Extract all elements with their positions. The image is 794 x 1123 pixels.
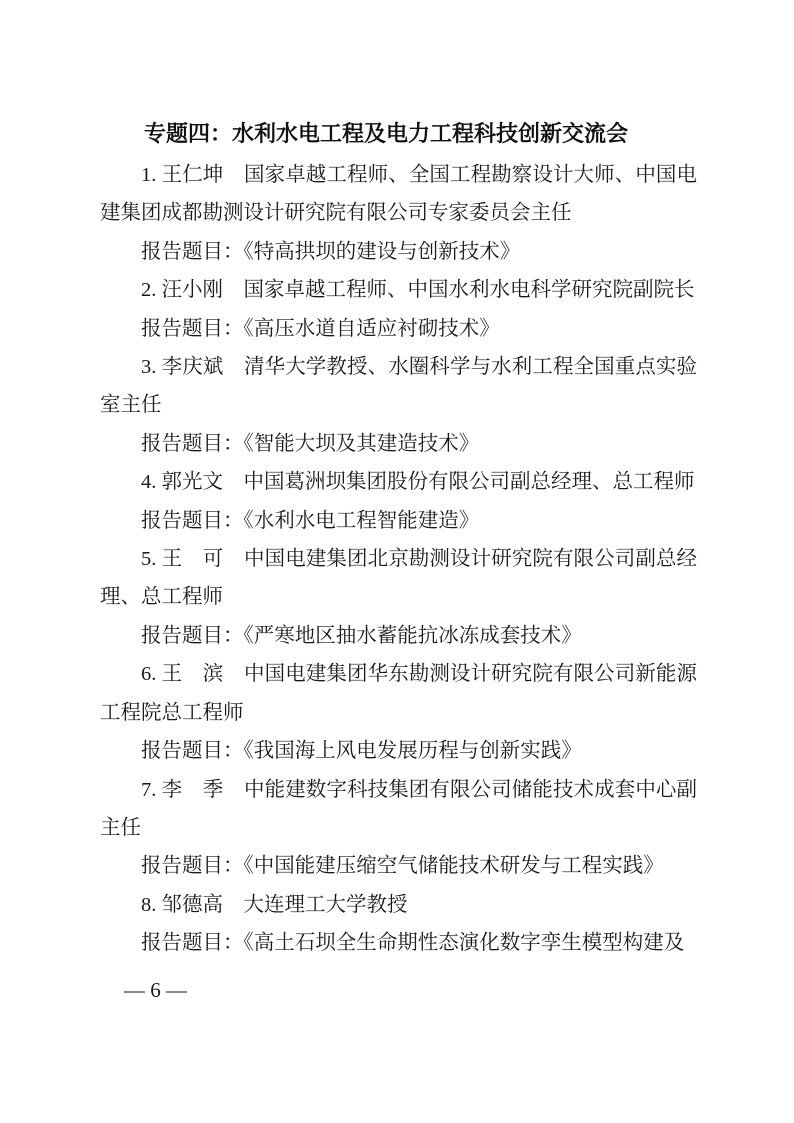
report-label: 报告题目：	[141, 740, 244, 762]
speaker-entry: 7. 李 季 中能建数字科技集团有限公司储能技术成套中心副主任 报告题目：《中国…	[100, 771, 697, 886]
speaker-entry: 3. 李庆斌 清华大学教授、水圈科学与水利工程全国重点实验室主任 报告题目：《智…	[100, 348, 697, 463]
speaker-number: 3.	[141, 356, 156, 378]
report-label: 报告题目：	[141, 318, 244, 340]
speaker-name: 李庆斌	[162, 356, 224, 378]
speaker-line: 6. 王 滨 中国电建集团华东勘测设计研究院有限公司新能源工程院总工程师	[100, 655, 697, 732]
name-affiliation-gap	[223, 164, 244, 186]
speaker-line: 8. 邹德高 大连理工大学教授	[100, 886, 697, 924]
speaker-number: 6.	[141, 663, 156, 685]
speaker-name: 李 季	[162, 779, 224, 801]
speaker-name: 郭光文	[162, 471, 224, 493]
speaker-list: 1. 王仁坤 国家卓越工程师、全国工程勘察设计大师、中国电建集团成都勘测设计研究…	[100, 156, 697, 963]
speaker-affiliation: 大连理工大学教授	[244, 894, 408, 916]
speaker-affiliation: 中国葛洲坝集团股份有限公司副总经理、总工程师	[244, 471, 695, 493]
speaker-name: 汪小刚	[162, 279, 224, 301]
session-title: 专题四：水利水电工程及电力工程科技创新交流会	[100, 112, 697, 156]
name-affiliation-gap	[223, 279, 244, 301]
speaker-affiliation: 国家卓越工程师、中国水利水电科学研究院副院长	[244, 279, 695, 301]
speaker-number: 4.	[141, 471, 156, 493]
speaker-entry: 1. 王仁坤 国家卓越工程师、全国工程勘察设计大师、中国电建集团成都勘测设计研究…	[100, 156, 697, 271]
report-line: 报告题目：《我国海上风电发展历程与创新实践》	[100, 732, 697, 770]
speaker-line: 1. 王仁坤 国家卓越工程师、全国工程勘察设计大师、中国电建集团成都勘测设计研究…	[100, 156, 697, 233]
speaker-number: 1.	[141, 164, 156, 186]
name-affiliation-gap	[223, 779, 244, 801]
report-line: 报告题目：《高压水道自适应衬砌技术》	[100, 310, 697, 348]
report-label: 报告题目：	[141, 625, 244, 647]
report-label: 报告题目：	[141, 433, 244, 455]
name-affiliation-gap	[223, 356, 244, 378]
report-line: 报告题目：《严寒地区抽水蓄能抗冰冻成套技术》	[100, 617, 697, 655]
speaker-entry: 6. 王 滨 中国电建集团华东勘测设计研究院有限公司新能源工程院总工程师 报告题…	[100, 655, 697, 770]
report-line: 报告题目：《中国能建压缩空气储能技术研发与工程实践》	[100, 847, 697, 885]
report-line: 报告题目：《特高拱坝的建设与创新技术》	[100, 233, 697, 271]
speaker-line: 7. 李 季 中能建数字科技集团有限公司储能技术成套中心副主任	[100, 771, 697, 848]
report-label: 报告题目：	[141, 855, 244, 877]
speaker-line: 4. 郭光文 中国葛洲坝集团股份有限公司副总经理、总工程师	[100, 463, 697, 501]
report-title: 《高压水道自适应衬砌技术》	[244, 318, 500, 340]
speaker-line: 3. 李庆斌 清华大学教授、水圈科学与水利工程全国重点实验室主任	[100, 348, 697, 425]
document-page: 专题四：水利水电工程及电力工程科技创新交流会 1. 王仁坤 国家卓越工程师、全国…	[0, 0, 794, 1123]
speaker-name: 王 滨	[162, 663, 224, 685]
speaker-line: 5. 王 可 中国电建集团北京勘测设计研究院有限公司副总经理、总工程师	[100, 540, 697, 617]
report-title: 《智能大坝及其建造技术》	[244, 433, 480, 455]
report-title: 《我国海上风电发展历程与创新实践》	[244, 740, 582, 762]
name-affiliation-gap	[223, 894, 244, 916]
speaker-number: 7.	[141, 779, 156, 801]
report-title: 《特高拱坝的建设与创新技术》	[244, 241, 521, 263]
speaker-name: 王 可	[162, 548, 224, 570]
speaker-entry: 4. 郭光文 中国葛洲坝集团股份有限公司副总经理、总工程师 报告题目：《水利水电…	[100, 463, 697, 540]
name-affiliation-gap	[223, 548, 244, 570]
name-affiliation-gap	[223, 471, 244, 493]
report-label: 报告题目：	[141, 241, 244, 263]
report-title: 《高土石坝全生命期性态演化数字孪生模型构建及	[244, 932, 685, 954]
report-title: 《中国能建压缩空气储能技术研发与工程实践》	[244, 855, 664, 877]
name-affiliation-gap	[223, 663, 244, 685]
report-line: 报告题目：《智能大坝及其建造技术》	[100, 425, 697, 463]
speaker-number: 2.	[141, 279, 156, 301]
page-content: 专题四：水利水电工程及电力工程科技创新交流会 1. 王仁坤 国家卓越工程师、全国…	[100, 112, 697, 963]
speaker-name: 王仁坤	[162, 164, 224, 186]
speaker-number: 5.	[141, 548, 156, 570]
speaker-entry: 5. 王 可 中国电建集团北京勘测设计研究院有限公司副总经理、总工程师 报告题目…	[100, 540, 697, 655]
report-label: 报告题目：	[141, 932, 244, 954]
speaker-entry: 8. 邹德高 大连理工大学教授 报告题目：《高土石坝全生命期性态演化数字孪生模型…	[100, 886, 697, 963]
speaker-line: 2. 汪小刚 国家卓越工程师、中国水利水电科学研究院副院长	[100, 271, 697, 309]
speaker-entry: 2. 汪小刚 国家卓越工程师、中国水利水电科学研究院副院长 报告题目：《高压水道…	[100, 271, 697, 348]
report-label: 报告题目：	[141, 510, 244, 532]
report-title: 《水利水电工程智能建造》	[244, 510, 480, 532]
report-line: 报告题目：《高土石坝全生命期性态演化数字孪生模型构建及	[100, 924, 697, 962]
speaker-number: 8.	[141, 894, 156, 916]
report-line: 报告题目：《水利水电工程智能建造》	[100, 502, 697, 540]
report-title: 《严寒地区抽水蓄能抗冰冻成套技术》	[244, 625, 582, 647]
speaker-name: 邹德高	[162, 894, 224, 916]
page-number: — 6 —	[124, 978, 187, 1002]
